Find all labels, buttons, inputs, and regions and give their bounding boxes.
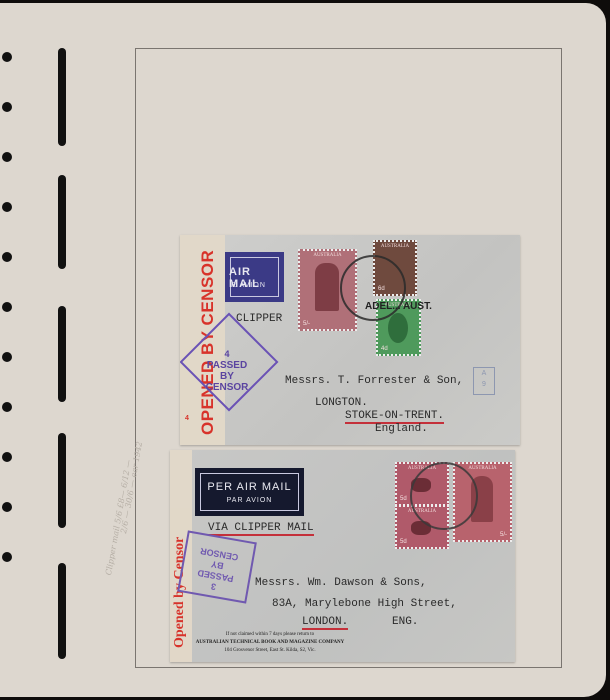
postmark-text: ADEL... AUST. bbox=[365, 301, 432, 312]
pencil-mark-box: A 9 bbox=[473, 367, 495, 395]
binder-hole bbox=[2, 102, 12, 112]
binder-hole bbox=[2, 402, 12, 412]
postmark bbox=[410, 462, 478, 530]
binder-hole bbox=[2, 302, 12, 312]
route-text: VIA CLIPPER MAIL bbox=[208, 522, 314, 536]
binder-slot bbox=[58, 433, 66, 528]
binder-hole bbox=[2, 252, 12, 262]
binder-hole bbox=[2, 202, 12, 212]
censor-handstamp: 4 PASSED BY CENSOR bbox=[192, 349, 262, 393]
binder-slot bbox=[58, 563, 66, 659]
address-line-2: 83A, Marylebone High Street, bbox=[272, 598, 457, 610]
censor-handstamp: 3 PASSED BY CENSOR bbox=[177, 530, 257, 603]
address-line-1: Messrs. Wm. Dawson & Sons, bbox=[255, 577, 427, 589]
cover-top[interactable]: OPENED BY CENSOR 4 AIR MAIL R AVION CLIP… bbox=[180, 235, 520, 445]
airmail-label: PER AIR MAIL PAR AVION bbox=[195, 468, 304, 516]
binder-slot bbox=[58, 48, 66, 146]
binder-hole bbox=[2, 352, 12, 362]
binder-hole bbox=[2, 52, 12, 62]
cover-bottom[interactable]: Opened by Censor PER AIR MAIL PAR AVION … bbox=[170, 450, 515, 662]
return-notice: If not claimed within 7 days please retu… bbox=[195, 632, 345, 637]
binder-slot bbox=[58, 306, 66, 402]
address-line-4: England. bbox=[375, 423, 428, 435]
address-line-3: STOKE-ON-TRENT. bbox=[345, 410, 444, 424]
binder-slot bbox=[58, 175, 66, 269]
route-text: CLIPPER bbox=[236, 313, 282, 325]
airmail-label: AIR MAIL R AVION bbox=[225, 252, 284, 302]
address-line-4: ENG. bbox=[392, 616, 418, 628]
return-address: 104 Grosvenor Street, East St. Kilda, S2… bbox=[195, 648, 345, 653]
address-line-3: LONDON. bbox=[302, 616, 348, 630]
return-company: AUSTRALIAN TECHNICAL BOOK AND MAGAZINE C… bbox=[195, 640, 345, 645]
binder-hole bbox=[2, 552, 12, 562]
address-line-2: LONGTON. bbox=[315, 397, 368, 409]
binder-hole bbox=[2, 452, 12, 462]
binder-hole bbox=[2, 152, 12, 162]
address-line-1: Messrs. T. Forrester & Son, bbox=[285, 375, 463, 387]
binder-hole bbox=[2, 502, 12, 512]
censor-tape-number: 4 bbox=[185, 415, 189, 422]
